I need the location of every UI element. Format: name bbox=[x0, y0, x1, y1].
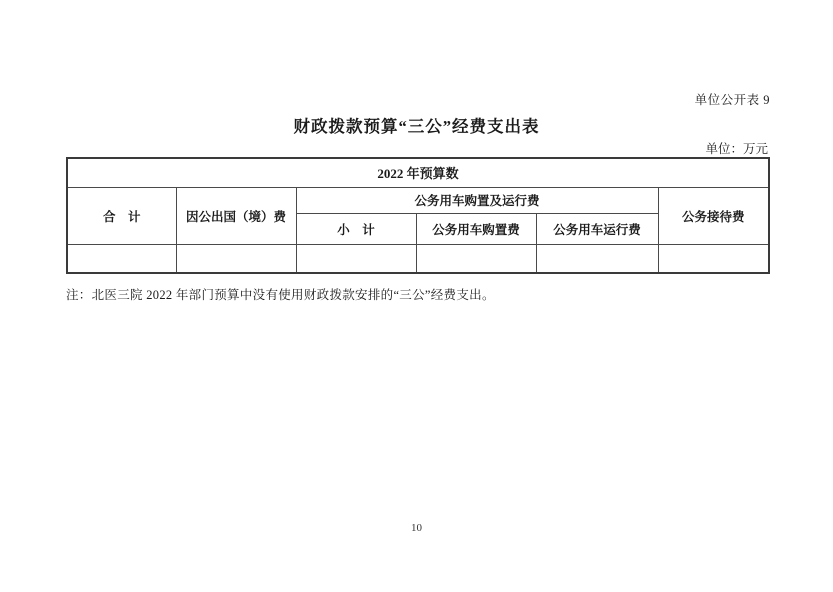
col-header-vehicle-subtotal: 小 计 bbox=[296, 213, 416, 244]
col-header-vehicle-operation: 公务用车运行费 bbox=[536, 213, 658, 244]
data-cell-vehicle-subtotal bbox=[296, 244, 416, 273]
data-cell-abroad bbox=[176, 244, 296, 273]
col-header-abroad: 因公出国（境）费 bbox=[176, 187, 296, 244]
page-title: 财政拨款预算“三公”经费支出表 bbox=[0, 113, 833, 137]
year-header-cell: 2022 年预算数 bbox=[67, 158, 769, 187]
data-cell-reception bbox=[658, 244, 769, 273]
budget-table: 2022 年预算数 合 计 因公出国（境）费 公务用车购置及运行费 公务接待费 … bbox=[66, 157, 770, 274]
doc-label: 单位公开表 9 bbox=[695, 90, 770, 108]
data-cell-vehicle-purchase bbox=[416, 244, 536, 273]
col-header-vehicle-group: 公务用车购置及运行费 bbox=[296, 187, 658, 213]
table-row-data bbox=[67, 244, 769, 273]
col-header-total: 合 计 bbox=[67, 187, 176, 244]
data-cell-vehicle-operation bbox=[536, 244, 658, 273]
data-cell-total bbox=[67, 244, 176, 273]
col-header-reception: 公务接待费 bbox=[658, 187, 769, 244]
table-row-header-1: 合 计 因公出国（境）费 公务用车购置及运行费 公务接待费 bbox=[67, 187, 769, 213]
page-number: 10 bbox=[0, 522, 833, 534]
table-row-year: 2022 年预算数 bbox=[67, 158, 769, 187]
col-header-vehicle-purchase: 公务用车购置费 bbox=[416, 213, 536, 244]
unit-label: 单位：万元 bbox=[705, 139, 768, 157]
document-page: 单位公开表 9 财政拨款预算“三公”经费支出表 单位：万元 2022 年预算数 … bbox=[0, 0, 833, 592]
footnote: 注：北医三院 2022 年部门预算中没有使用财政拨款安排的“三公”经费支出。 bbox=[66, 285, 768, 303]
